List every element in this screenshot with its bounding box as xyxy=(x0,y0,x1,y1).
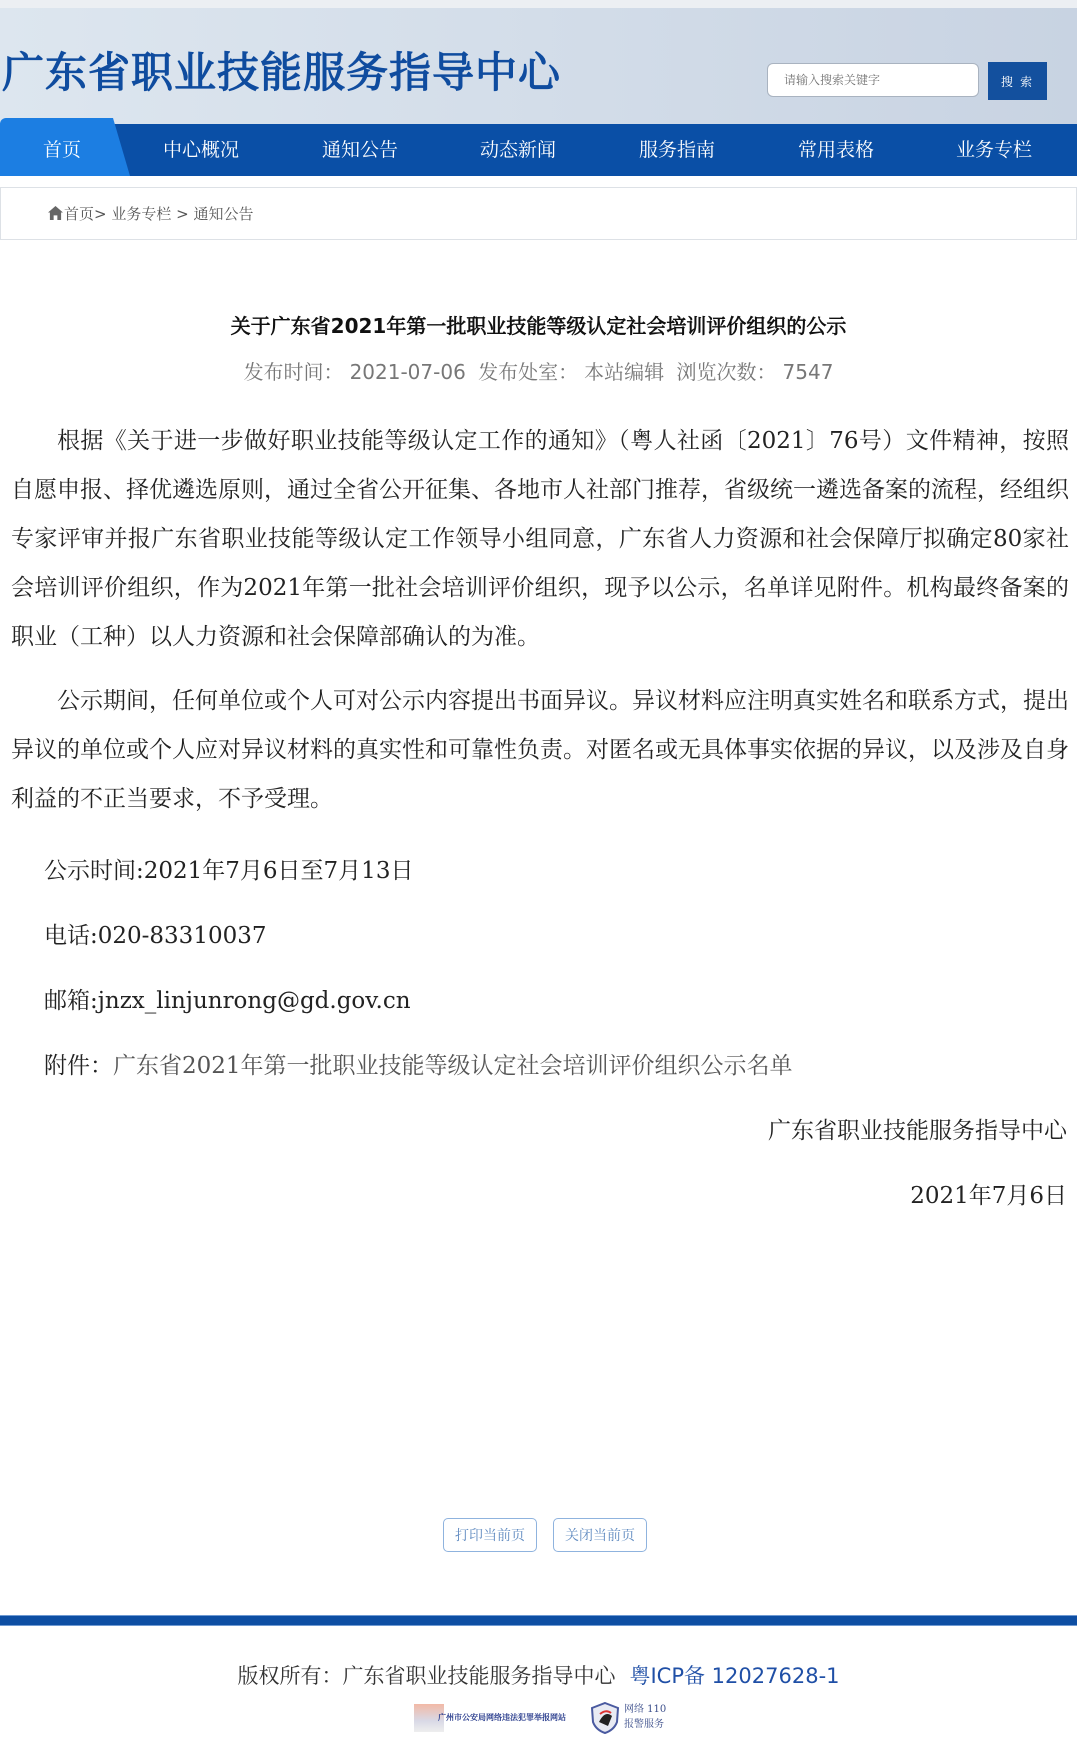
site-header: 广东省职业技能服务指导中心 搜 索 xyxy=(0,8,1077,124)
top-strip xyxy=(0,0,1077,8)
breadcrumb-current[interactable]: 通知公告 xyxy=(194,205,254,223)
breadcrumb-business[interactable]: 业务专栏 xyxy=(111,205,171,223)
shield-icon xyxy=(590,1702,620,1734)
close-page-button[interactable]: 关闭当前页 xyxy=(553,1518,647,1552)
dept-label: 发布处室： xyxy=(478,360,578,384)
net110-line1: 网络 110 xyxy=(624,1702,666,1717)
attachment-label: 附件： xyxy=(44,1053,113,1079)
net110-text: 网络 110 报警服务 xyxy=(624,1702,666,1732)
paragraph: 公示期间，任何单位或个人可对公示内容提出书面异议。异议材料应注明真实姓名和联系方… xyxy=(11,677,1069,824)
attachment: 附件：广东省2021年第一批职业技能等级认定社会培训评价组织公示名单 xyxy=(11,1034,1069,1099)
paragraph: 根据《关于进一步做好职业技能等级认定工作的通知》（粤人社函〔2021〕76号）文… xyxy=(11,417,1069,662)
nav-item-business[interactable]: 业务专栏 xyxy=(956,124,1032,176)
nav-item-forms[interactable]: 常用表格 xyxy=(798,124,874,176)
nav-item-service-guide[interactable]: 服务指南 xyxy=(639,124,715,176)
site-title[interactable]: 广东省职业技能服务指导中心 xyxy=(2,40,561,100)
police-report-badge[interactable]: 广州市公安局网络违法犯罪举报网站 xyxy=(414,1704,584,1732)
breadcrumb-separator: > xyxy=(94,205,107,223)
net110-badge[interactable]: 网络 110 报警服务 xyxy=(590,1700,670,1736)
views-label: 浏览次数： xyxy=(677,360,777,384)
article-meta: 发布时间：2021-07-06 发布处室：本站编辑 浏览次数：7547 xyxy=(0,356,1077,385)
email: 邮箱:jnzx_linjunrong@gd.gov.cn xyxy=(11,969,1069,1034)
home-icon xyxy=(48,206,63,220)
footer-divider xyxy=(0,1616,1077,1625)
nav-item-center-overview[interactable]: 中心概况 xyxy=(163,124,239,176)
search-button[interactable]: 搜 索 xyxy=(988,62,1047,100)
breadcrumb: 首页> 业务专栏 > 通知公告 xyxy=(48,188,254,241)
publish-time: 2021-07-06 xyxy=(350,360,466,384)
notice-period: 公示时间:2021年7月6日至7月13日 xyxy=(11,839,1069,904)
view-count: 7547 xyxy=(783,360,834,384)
icp-link[interactable]: 粤ICP备 12027628-1 xyxy=(629,1664,839,1688)
signature-date: 2021年7月6日 xyxy=(11,1164,1069,1229)
net110-line2: 报警服务 xyxy=(624,1717,666,1732)
breadcrumb-separator: > xyxy=(176,205,189,223)
nav-item-notices[interactable]: 通知公告 xyxy=(322,124,398,176)
main-nav: 首页 中心概况 通知公告 动态新闻 服务指南 常用表格 业务专栏 xyxy=(0,124,1077,176)
copyright-text: 版权所有：广东省职业技能服务指导中心 xyxy=(237,1664,615,1688)
police-report-text: 广州市公安局网络违法犯罪举报网站 xyxy=(438,1712,566,1723)
print-button[interactable]: 打印当前页 xyxy=(443,1518,537,1552)
dept: 本站编辑 xyxy=(584,360,664,384)
breadcrumb-container: 首页> 业务专栏 > 通知公告 xyxy=(0,187,1077,240)
signature-org: 广东省职业技能服务指导中心 xyxy=(11,1099,1069,1164)
search-input[interactable] xyxy=(767,63,979,97)
nav-item-news[interactable]: 动态新闻 xyxy=(480,124,556,176)
phone: 电话:020-83310037 xyxy=(11,904,1069,969)
article-title: 关于广东省2021年第一批职业技能等级认定社会培训评价组织的公示 xyxy=(0,310,1077,339)
article-body: 根据《关于进一步做好职业技能等级认定工作的通知》（粤人社函〔2021〕76号）文… xyxy=(11,417,1069,1229)
copyright: 版权所有：广东省职业技能服务指导中心粤ICP备 12027628-1 xyxy=(0,1660,1077,1690)
breadcrumb-home[interactable]: 首页 xyxy=(64,205,94,223)
attachment-link[interactable]: 广东省2021年第一批职业技能等级认定社会培训评价组织公示名单 xyxy=(113,1053,793,1079)
publish-time-label: 发布时间： xyxy=(244,360,344,384)
nav-item-home[interactable]: 首页 xyxy=(43,124,81,176)
